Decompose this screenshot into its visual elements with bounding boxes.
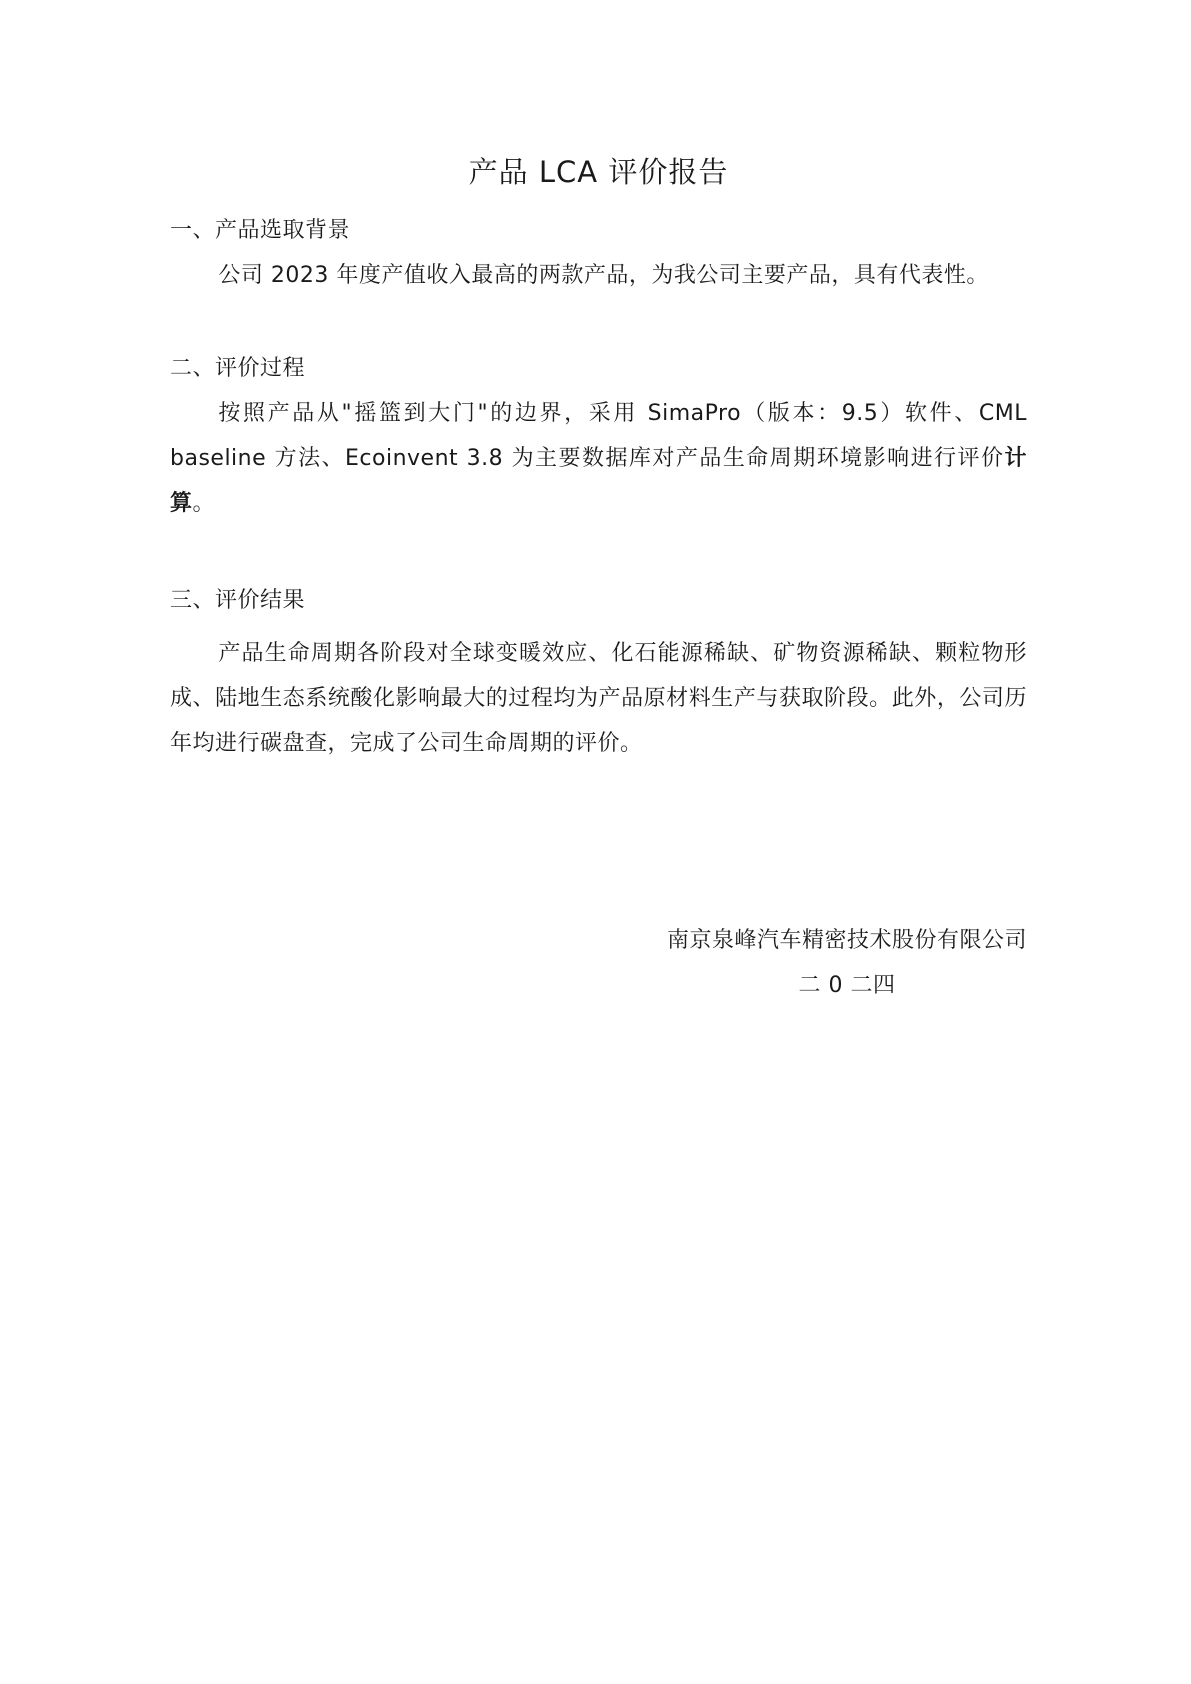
section-3-paragraph: 产品生命周期各阶段对全球变暖效应、化石能源稀缺、矿物资源稀缺、颗粒物形成、陆地生… <box>170 631 1027 766</box>
section-2-text-end: 。 <box>193 491 216 516</box>
company-name: 南京泉峰汽车精密技术股份有限公司 <box>667 918 1027 963</box>
document-page: 产品 LCA 评价报告 一、产品选取背景 公司 2023 年度产值收入最高的两款… <box>0 0 1191 1684</box>
section-2-paragraph: 按照产品从"摇篮到大门"的边界，采用 SimaPro（版本：9.5）软件、CML… <box>170 391 1027 526</box>
document-title: 产品 LCA 评价报告 <box>170 152 1027 192</box>
signature-year: 二 0 二四 <box>667 963 1027 1008</box>
section-3-heading: 三、评价结果 <box>170 578 1027 623</box>
section-2-heading: 二、评价过程 <box>170 346 1027 391</box>
section-1-heading: 一、产品选取背景 <box>170 208 1027 253</box>
section-1-paragraph: 公司 2023 年度产值收入最高的两款产品，为我公司主要产品，具有代表性。 <box>170 253 1027 298</box>
signature-block: 南京泉峰汽车精密技术股份有限公司 二 0 二四 <box>667 918 1027 1008</box>
section-2-text: 按照产品从"摇篮到大门"的边界，采用 SimaPro（版本：9.5）软件、CML… <box>170 401 1027 471</box>
